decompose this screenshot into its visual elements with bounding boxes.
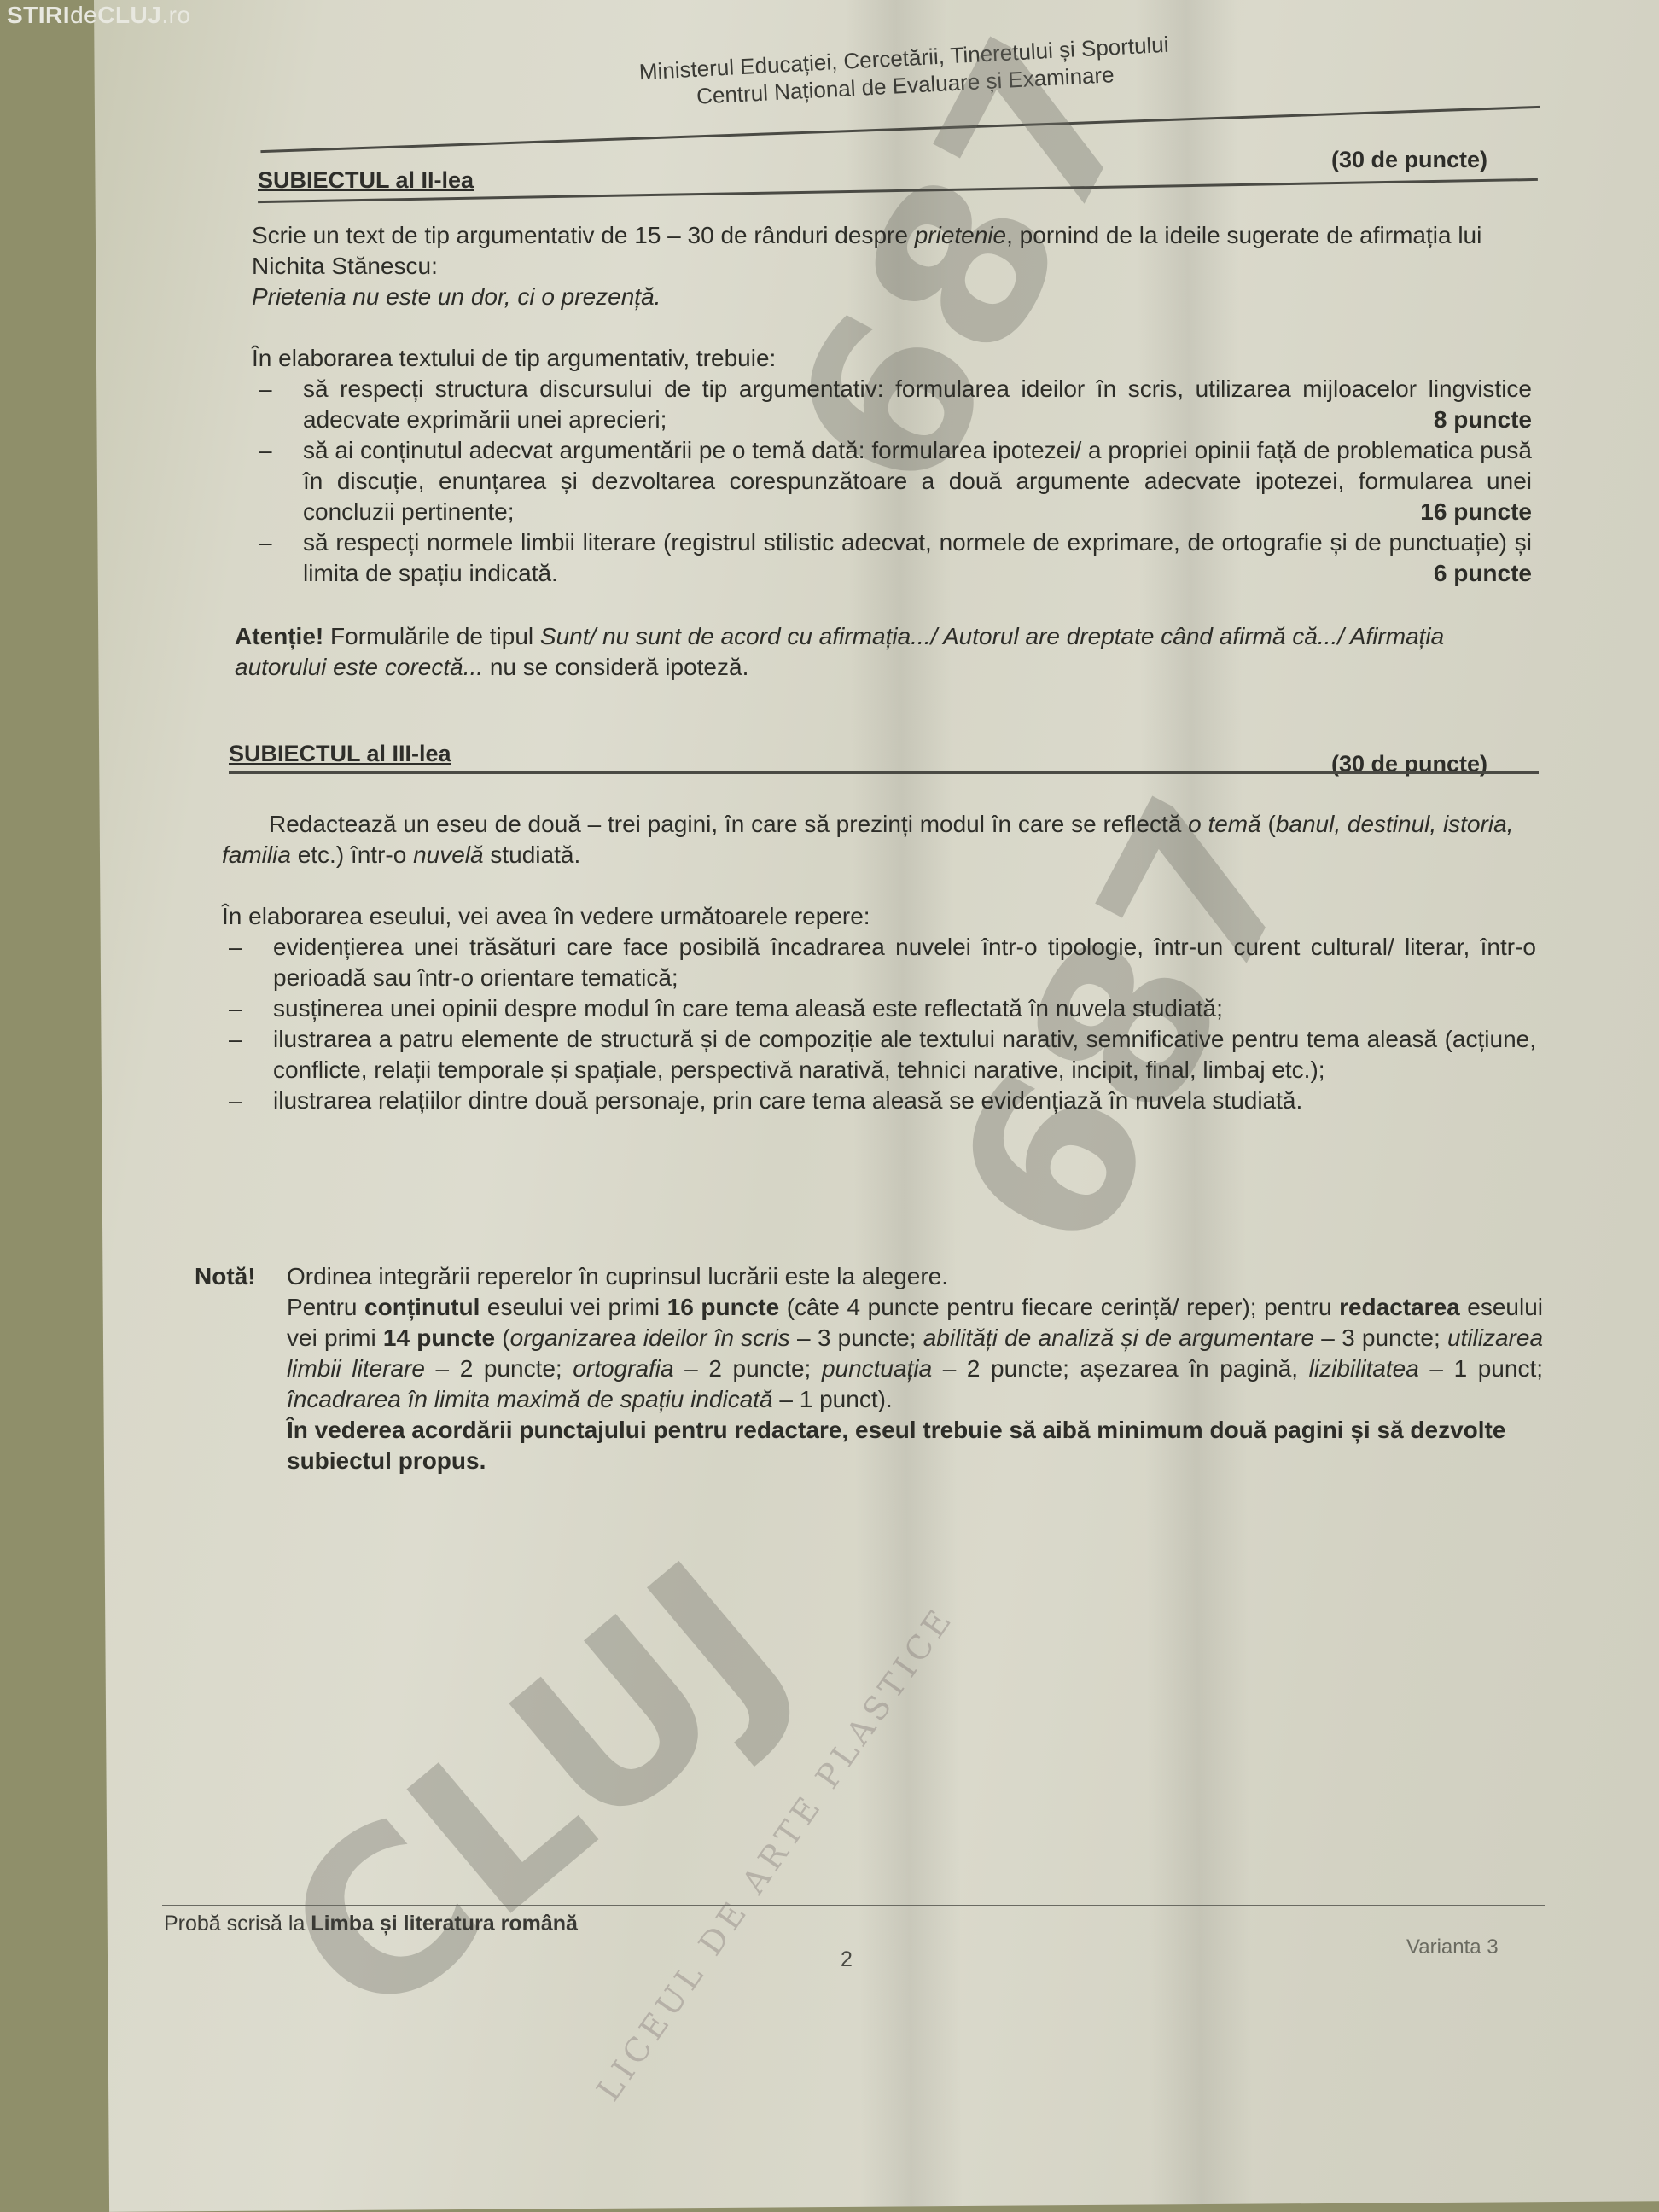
landmark-text: susținerea unei opinii despre modul în c… — [273, 995, 1223, 1022]
site-watermark: STIRIdeCLUJ.ro — [7, 2, 191, 29]
footer-text: Probă scrisă la — [164, 1912, 311, 1935]
subject-2-points: (30 de puncte) — [1331, 147, 1487, 173]
note-bold: 14 puncte — [383, 1324, 495, 1351]
landmark-item: –ilustrarea relațiilor dintre două perso… — [222, 1086, 1536, 1116]
note-text: – 2 puncte; așezarea în pagină, — [932, 1355, 1309, 1382]
note-bold: conținutul — [364, 1294, 480, 1320]
subject-2-body: Scrie un text de tip argumentativ de 15 … — [252, 220, 1532, 713]
exam-variant: Varianta 3 — [1406, 1935, 1499, 1959]
requirements-list: –să respecți structura discursului de ti… — [252, 374, 1532, 589]
landmark-text: ilustrarea relațiilor dintre două person… — [273, 1087, 1302, 1114]
watermark-stiri: STIRI — [7, 2, 70, 28]
requirement-text: să respecți structura discursului de tip… — [303, 375, 1532, 433]
landmarks-intro: În elaborarea eseului, vei avea în veder… — [222, 901, 1536, 932]
attention-note: Atenție! Formulările de tipul Sunt/ nu s… — [235, 621, 1532, 683]
requirement-text: să respecți normele limbii literare (reg… — [303, 529, 1532, 586]
footer-subject: Limba și literatura română — [311, 1912, 578, 1935]
note-final-requirement: În vederea acordării punctajului pentru … — [287, 1415, 1543, 1476]
note-italic: încadrarea în limita maximă de spațiu in… — [287, 1386, 773, 1412]
prompt-theme: o temă — [1188, 811, 1261, 837]
attention-label: Atenție! — [235, 623, 323, 649]
prompt-genre: nuvelă — [413, 841, 484, 868]
landmark-item: –ilustrarea a patru elemente de structur… — [222, 1024, 1536, 1086]
prompt-text: ( — [1261, 811, 1276, 837]
note-text: – 1 punct). — [773, 1386, 893, 1412]
note-italic: organizarea ideilor în scris — [510, 1324, 790, 1351]
requirements-intro: În elaborarea textului de tip argumentat… — [252, 343, 1532, 374]
note-text: (câte 4 puncte pentru fiecare cerință/ r… — [779, 1294, 1339, 1320]
note-text: – 2 puncte; — [674, 1355, 822, 1382]
subject-3-rule — [229, 771, 1539, 774]
landmark-text: evidențierea unei trăsături care face po… — [273, 934, 1536, 991]
note-text: – 1 punct; — [1419, 1355, 1543, 1382]
note-italic: ortografia — [573, 1355, 673, 1382]
subject-3-prompt: Redactează un eseu de două – trei pagini… — [222, 809, 1536, 870]
landmark-text: ilustrarea a patru elemente de structură… — [273, 1026, 1536, 1083]
requirement-item: –să respecți normele limbii literare (re… — [252, 527, 1532, 589]
scoring-note: Notă! Ordinea integrării reperelor în cu… — [195, 1261, 1543, 1476]
attention-text: nu se consideră ipoteză. — [483, 654, 748, 680]
requirement-item: –să respecți structura discursului de ti… — [252, 374, 1532, 435]
footer-rule — [162, 1905, 1545, 1906]
note-body: Ordinea integrării reperelor în cuprinsu… — [287, 1261, 1543, 1476]
footer-exam-name: Probă scrisă la Limba și literatura româ… — [164, 1912, 578, 1936]
note-text: eseului vei primi — [480, 1294, 667, 1320]
prompt-text: etc.) într-o — [291, 841, 413, 868]
landmark-item: –evidențierea unei trăsături care face p… — [222, 932, 1536, 993]
subject-2-title: SUBIECTUL al II-lea — [258, 167, 474, 194]
landmark-item: –susținerea unei opinii despre modul în … — [222, 993, 1536, 1024]
note-label: Notă! — [195, 1261, 256, 1292]
watermark-de: de — [70, 2, 97, 28]
prompt-text: Scrie un text de tip argumentativ de 15 … — [252, 222, 915, 248]
note-italic: abilități de analiză și de argumentare — [923, 1324, 1314, 1351]
requirement-points: 6 puncte — [1434, 558, 1532, 589]
note-scoring: Pentru conținutul eseului vei primi 16 p… — [287, 1292, 1543, 1415]
note-bold: 16 puncte — [667, 1294, 779, 1320]
requirement-points: 8 puncte — [1434, 405, 1532, 435]
subject-3-title: SUBIECTUL al III-lea — [229, 741, 451, 767]
subject-3-body: Redactează un eseu de două – trei pagini… — [222, 809, 1536, 1116]
subject-2-prompt: Scrie un text de tip argumentativ de 15 … — [252, 220, 1532, 312]
attention-text: Formulările de tipul — [323, 623, 540, 649]
note-italic: punctuația — [822, 1355, 932, 1382]
note-bold: redactarea — [1339, 1294, 1460, 1320]
requirement-item: –să ai conținutul adecvat argumentării p… — [252, 435, 1532, 527]
note-order: Ordinea integrării reperelor în cuprinsu… — [287, 1261, 1543, 1292]
stanescu-quote: Prietenia nu este un dor, ci o prezență. — [252, 283, 661, 310]
prompt-text: studiată. — [484, 841, 581, 868]
note-italic: lizibilitatea — [1309, 1355, 1419, 1382]
note-text: – 2 puncte; — [425, 1355, 573, 1382]
watermark-cluj: CLUJ — [97, 2, 161, 28]
prompt-text: Redactează un eseu de două – trei pagini… — [269, 811, 1188, 837]
requirement-text: să ai conținutul adecvat argumentării pe… — [303, 437, 1532, 525]
requirement-points: 16 puncte — [1420, 497, 1532, 527]
landmarks-list: –evidențierea unei trăsături care face p… — [222, 932, 1536, 1116]
prompt-topic: prietenie — [915, 222, 1006, 248]
note-text: Pentru — [287, 1294, 364, 1320]
note-text: ( — [495, 1324, 510, 1351]
note-text: – 3 puncte; — [790, 1324, 923, 1351]
watermark-suffix: .ro — [161, 2, 190, 28]
note-text: – 3 puncte; — [1314, 1324, 1447, 1351]
page-number: 2 — [841, 1947, 853, 1972]
